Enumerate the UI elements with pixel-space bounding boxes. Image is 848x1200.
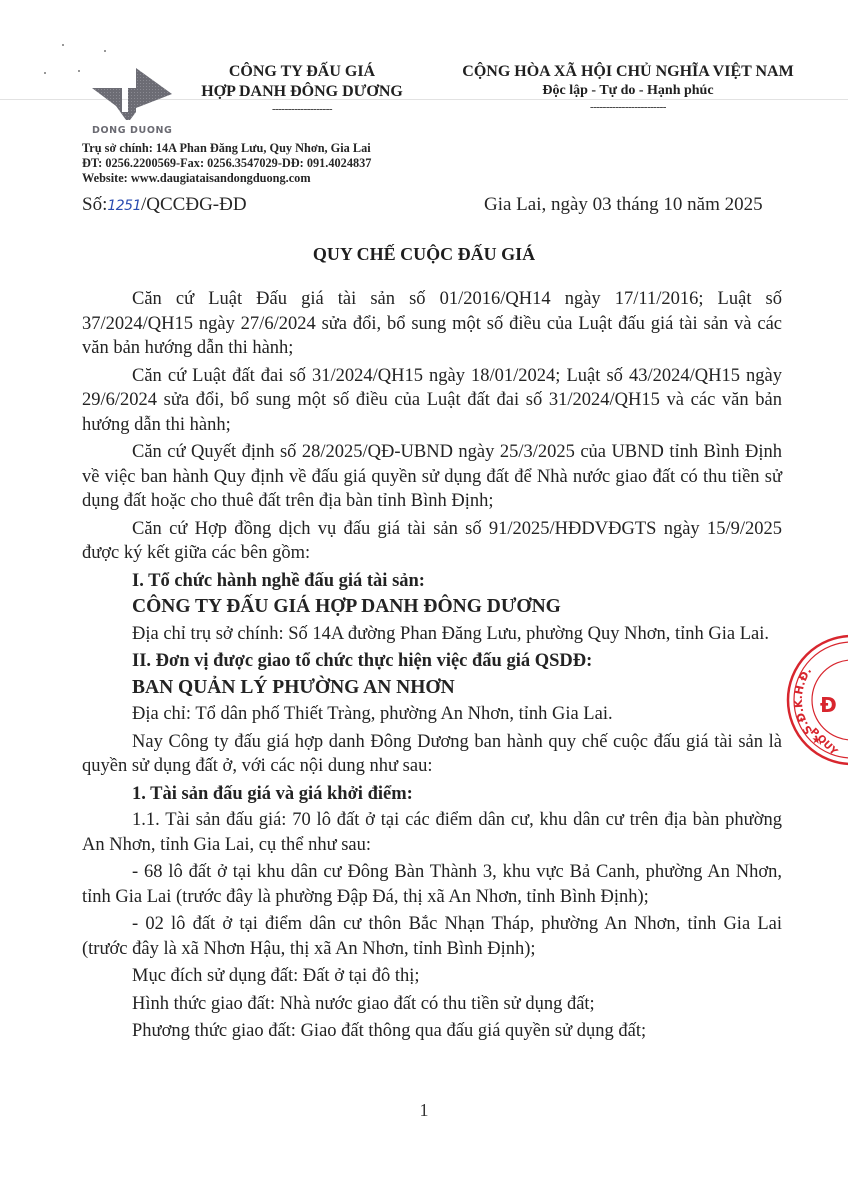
section-2-org: BAN QUẢN LÝ PHƯỜNG AN NHƠN <box>132 676 782 701</box>
scan-speck <box>62 44 64 46</box>
legal-basis-2: Căn cứ Luật đất đai số 31/2024/QH15 ngày… <box>82 364 782 438</box>
document-number: Số:1251/QCCĐG-ĐD <box>82 194 247 216</box>
allocation-form: Hình thức giao đất: Nhà nước giao đất có… <box>82 992 782 1017</box>
logo-text: DONG DUONG <box>92 125 172 136</box>
legal-basis-4: Căn cứ Hợp đồng dịch vụ đấu giá tài sản … <box>82 517 782 566</box>
intro-paragraph: Nay Công ty đấu giá hợp danh Đông Dương … <box>82 730 782 779</box>
section-2-address: Địa chỉ: Tổ dân phố Thiết Tràng, phường … <box>82 702 782 727</box>
dong-duong-logo-icon <box>92 68 172 120</box>
document-body: Căn cứ Luật Đấu giá tài sản số 01/2016/Q… <box>82 287 782 1047</box>
official-stamp-icon: ★ S.Đ.K.H.Đ. P.QUY Đ <box>782 630 848 770</box>
company-name-line1: CÔNG TY ĐẤU GIÁ <box>186 62 418 82</box>
doc-number-suffix: /QCCĐG-ĐD <box>141 194 247 215</box>
svg-text:Đ: Đ <box>820 693 837 717</box>
legal-basis-3: Căn cứ Quyết định số 28/2025/QĐ-UBND ngà… <box>82 440 782 514</box>
bullet-2: - 02 lô đất ở tại điểm dân cư thôn Bắc N… <box>82 912 782 961</box>
national-motto: Độc lập - Tự do - Hạnh phúc <box>412 82 844 100</box>
contact-address: Trụ sở chính: 14A Phan Đăng Lưu, Quy Nhơ… <box>82 141 371 156</box>
place-and-date: Gia Lai, ngày 03 tháng 10 năm 2025 <box>484 194 763 216</box>
bullet-1: - 68 lô đất ở tại khu dân cư Đông Bàn Th… <box>82 860 782 909</box>
item-1-1: 1.1. Tài sản đấu giá: 70 lô đất ở tại cá… <box>82 808 782 857</box>
land-purpose: Mục đích sử dụng đất: Đất ở tại đô thị; <box>82 964 782 989</box>
item-1-heading: 1. Tài sản đấu giá và giá khởi điểm: <box>132 782 782 807</box>
company-divider: ------------------- <box>186 104 418 114</box>
scan-speck <box>104 50 106 52</box>
scan-speck <box>78 70 80 72</box>
country-name: CỘNG HÒA XÃ HỘI CHỦ NGHĨA VIỆT NAM <box>412 62 844 82</box>
contact-website: Website: www.daugiataisandongduong.com <box>82 171 371 186</box>
section-2-heading: II. Đơn vị được giao tổ chức thực hiện v… <box>132 649 782 674</box>
section-1-address: Địa chỉ trụ sở chính: Số 14A đường Phan … <box>82 622 782 647</box>
doc-number-handwritten: 1251 <box>107 198 141 214</box>
company-name: CÔNG TY ĐẤU GIÁ HỢP DANH ĐÔNG DƯƠNG ----… <box>186 62 418 114</box>
scan-speck <box>44 72 46 74</box>
motto-divider: ------------------------ <box>412 102 844 112</box>
company-contact: Trụ sở chính: 14A Phan Đăng Lưu, Quy Nhơ… <box>82 141 371 186</box>
document-title: QUY CHẾ CUỘC ĐẤU GIÁ <box>0 244 848 265</box>
section-1-heading: I. Tổ chức hành nghề đấu giá tài sản: <box>132 569 782 594</box>
section-1-org: CÔNG TY ĐẤU GIÁ HỢP DANH ĐÔNG DƯƠNG <box>132 595 782 620</box>
contact-phone: ĐT: 0256.2200569-Fax: 0256.3547029-DĐ: 0… <box>82 156 371 171</box>
document-page: DONG DUONG CÔNG TY ĐẤU GIÁ HỢP DANH ĐÔNG… <box>0 0 848 1200</box>
page-number: 1 <box>0 1100 848 1121</box>
doc-number-prefix: Số: <box>82 194 107 215</box>
allocation-method: Phương thức giao đất: Giao đất thông qua… <box>82 1019 782 1044</box>
company-name-line2: HỢP DANH ĐÔNG DƯƠNG <box>186 82 418 102</box>
national-header: CỘNG HÒA XÃ HỘI CHỦ NGHĨA VIỆT NAM Độc l… <box>412 62 844 112</box>
legal-basis-1: Căn cứ Luật Đấu giá tài sản số 01/2016/Q… <box>82 287 782 361</box>
